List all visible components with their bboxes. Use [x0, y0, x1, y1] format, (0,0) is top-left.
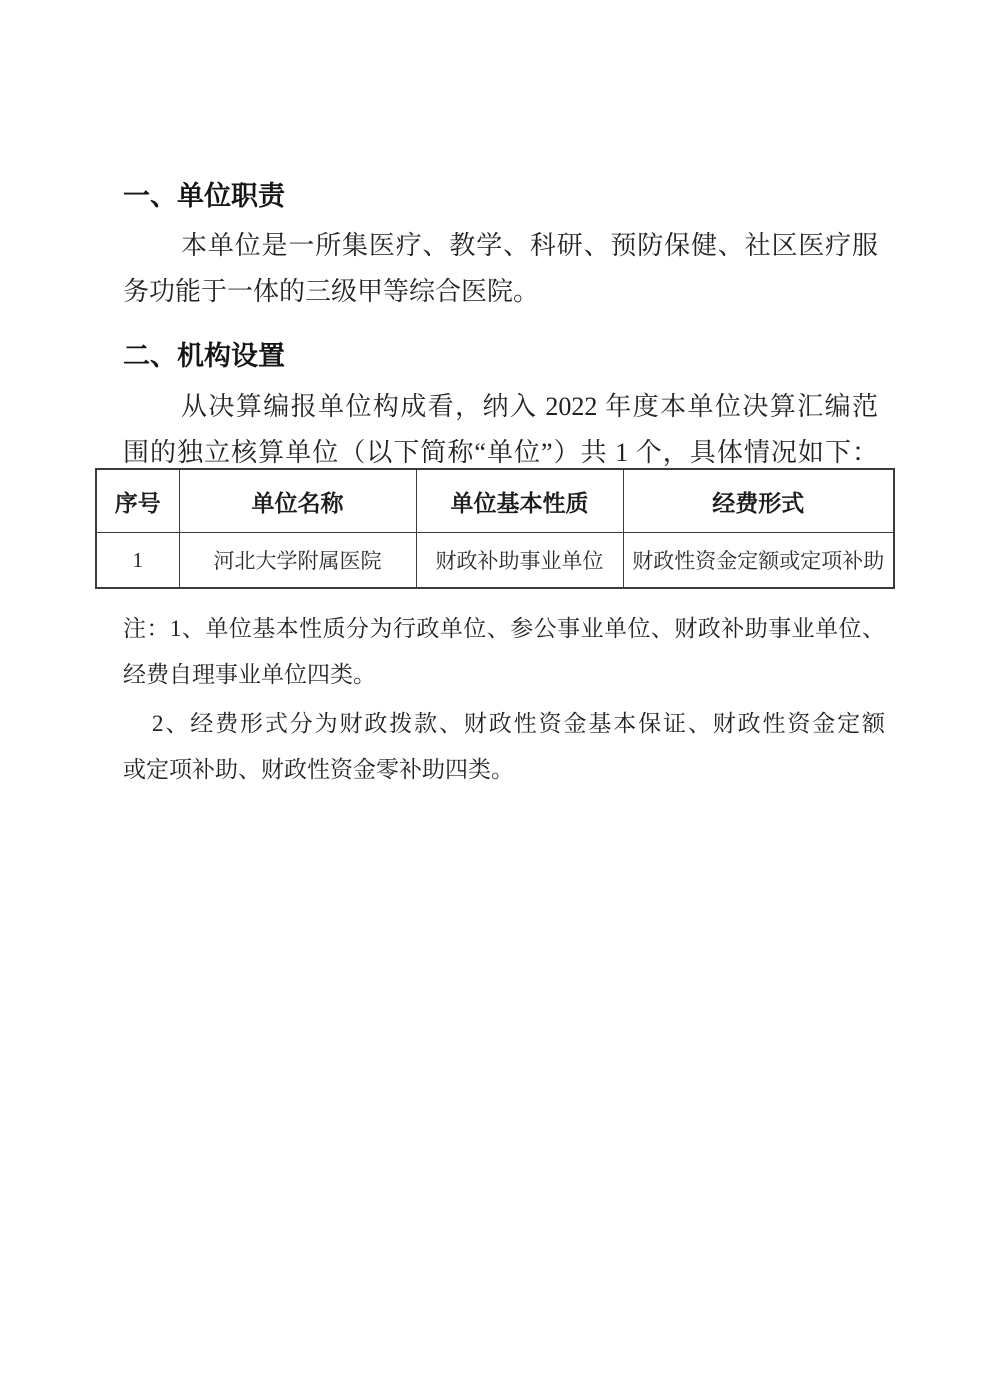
- section-heading-org-setup: 二、机构设置: [123, 341, 883, 371]
- paragraph-org-setup: 从决算编报单位构成看，纳入 2022 年度本单位决算汇编范 围的独立核算单位（以…: [123, 384, 878, 476]
- table-header-cell-funding-form: 经费形式: [623, 469, 894, 533]
- table-cell-unit-name: 河北大学附属医院: [179, 533, 416, 589]
- text-line: 经费自理事业单位四类。: [123, 652, 885, 698]
- document-page: 一、单位职责 本单位是一所集医疗、教学、科研、预防保健、社区医疗服 务功能于一体…: [0, 0, 989, 1400]
- notes: 注：1、单位基本性质分为行政单位、参公事业单位、财政补助事业单位、 经费自理事业…: [123, 606, 885, 793]
- note-paragraph-funding-form: 2、经费形式分为财政拨款、财政性资金基本保证、财政性资金定额 或定项补助、财政性…: [123, 701, 885, 793]
- note-paragraph-unit-nature: 注：1、单位基本性质分为行政单位、参公事业单位、财政补助事业单位、 经费自理事业…: [123, 606, 885, 698]
- text-line: 或定项补助、财政性资金零补助四类。: [123, 747, 885, 793]
- text-line: 务功能于一体的三级甲等综合医院。: [123, 269, 878, 315]
- table-row: 1 河北大学附属医院 财政补助事业单位 财政性资金定额或定项补助: [96, 533, 894, 589]
- table-cell-index: 1: [96, 533, 179, 589]
- table-cell-unit-nature: 财政补助事业单位: [416, 533, 623, 589]
- text-line: 从决算编报单位构成看，纳入 2022 年度本单位决算汇编范: [123, 384, 878, 430]
- units-table: 序号 单位名称 单位基本性质 经费形式 1 河北大学附属医院 财政补助事业单位 …: [95, 468, 895, 589]
- table-header-cell-unit-nature: 单位基本性质: [416, 469, 623, 533]
- table-cell-funding-form: 财政性资金定额或定项补助: [623, 533, 894, 589]
- table-header-row: 序号 单位名称 单位基本性质 经费形式: [96, 469, 894, 533]
- table-header-cell-unit-name: 单位名称: [179, 469, 416, 533]
- paragraph-unit-duties: 本单位是一所集医疗、教学、科研、预防保健、社区医疗服 务功能于一体的三级甲等综合…: [123, 223, 878, 315]
- table-header-cell-index: 序号: [96, 469, 179, 533]
- section-heading-unit-duties: 一、单位职责: [123, 181, 883, 211]
- text-line: 注：1、单位基本性质分为行政单位、参公事业单位、财政补助事业单位、: [123, 606, 885, 652]
- text-line: 本单位是一所集医疗、教学、科研、预防保健、社区医疗服: [123, 223, 878, 269]
- text-line: 2、经费形式分为财政拨款、财政性资金基本保证、财政性资金定额: [123, 701, 885, 747]
